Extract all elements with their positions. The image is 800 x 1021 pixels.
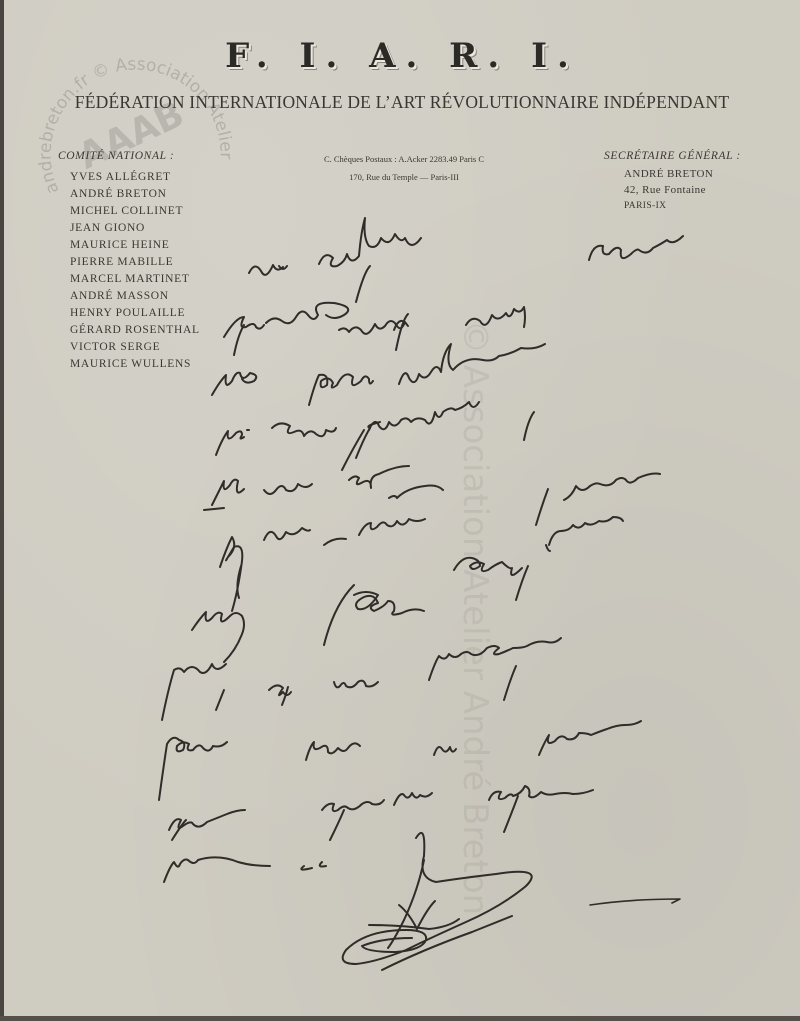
handwritten-letter-body xyxy=(4,0,800,1016)
page-edge-bottom xyxy=(0,1016,800,1021)
letter-page: andrebreton.fr © Association Atelier AAA… xyxy=(4,0,800,1016)
